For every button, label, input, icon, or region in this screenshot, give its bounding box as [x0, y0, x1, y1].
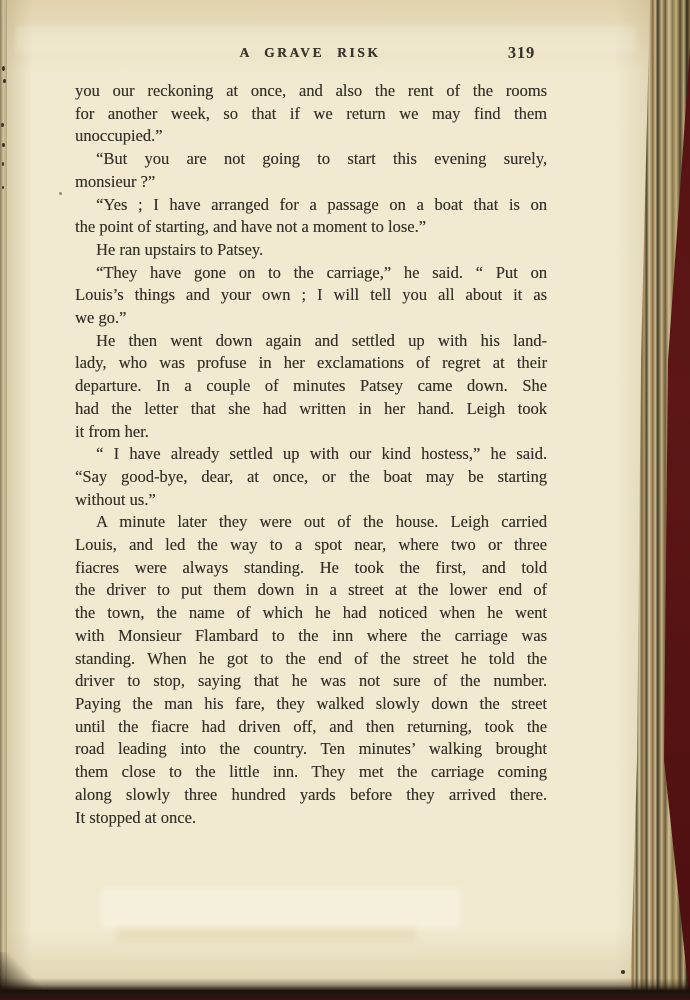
ink-speck: [2, 186, 4, 189]
text-line: had the letter that she had written in h…: [75, 398, 547, 421]
paragraph: “Yes ; I have arranged for a passage on …: [75, 194, 547, 239]
text-line: for another week, so that if we return w…: [75, 103, 547, 126]
ink-speck: [2, 66, 5, 71]
facing-page-edge: [0, 0, 7, 990]
ink-speck: [1, 123, 4, 127]
text-line: driver to stop, saying that he was not s…: [75, 670, 547, 693]
text-line: “They have gone on to the carriage,” he …: [75, 262, 547, 285]
text-line: It stopped at once.: [75, 807, 547, 830]
paragraph: He ran upstairs to Patsey.: [75, 239, 547, 262]
running-head: A GRAVE RISK 319: [75, 45, 545, 67]
text-line: “Say good-bye, dear, at once, or the boa…: [75, 466, 547, 489]
text-line: fiacres were always standing. He took th…: [75, 557, 547, 580]
text-line: the town, the name of which he had notic…: [75, 602, 547, 625]
text-line: it from her.: [75, 421, 547, 444]
text-line: along slowly three hundred yards before …: [75, 784, 547, 807]
paragraph: you our reckoning at once, and also the …: [75, 80, 547, 148]
book-scan-photo: A GRAVE RISK 319 you our reckoning at on…: [0, 0, 690, 1000]
text-line: Louis, and led the way to a spot near, w…: [75, 534, 547, 557]
text-line: He then went down again and settled up w…: [75, 330, 547, 353]
ink-speck: [621, 970, 625, 974]
text-line: “Yes ; I have arranged for a passage on …: [75, 194, 547, 217]
page-number: 319: [508, 43, 535, 63]
text-line: “But you are not going to start this eve…: [75, 148, 547, 171]
text-line: He ran upstairs to Patsey.: [75, 239, 547, 262]
text-line: unoccupied.”: [75, 125, 547, 148]
text-line: “ I have already settled up with our kin…: [75, 443, 547, 466]
text-line: the point of starting, and have not a mo…: [75, 216, 547, 239]
text-line: departure. In a couple of minutes Patsey…: [75, 375, 547, 398]
paragraph: A minute later they were out of the hous…: [75, 511, 547, 829]
chapter-title: A GRAVE RISK: [75, 45, 545, 61]
ink-speck: [59, 192, 62, 195]
text-line: Paying the man his fare, they walked slo…: [75, 693, 547, 716]
paragraph: “They have gone on to the carriage,” he …: [75, 262, 547, 330]
scan-streak: [101, 888, 461, 928]
book-cover-shadow: [0, 978, 690, 1000]
text-line: them close to the little inn. They met t…: [75, 761, 547, 784]
paragraph: “But you are not going to start this eve…: [75, 148, 547, 193]
text-line: with Monsieur Flambard to the inn where …: [75, 625, 547, 648]
ink-speck: [2, 143, 5, 147]
text-line: road leading into the country. Ten minut…: [75, 738, 547, 761]
ink-speck: [3, 79, 6, 83]
text-line: without us.”: [75, 489, 547, 512]
text-line: we go.”: [75, 307, 547, 330]
text-line: until the fiacre had driven off, and the…: [75, 716, 547, 739]
text-line: A minute later they were out of the hous…: [75, 511, 547, 534]
scan-streak: [116, 928, 416, 942]
text-block: you our reckoning at once, and also the …: [75, 80, 547, 829]
text-line: you our reckoning at once, and also the …: [75, 80, 547, 103]
ink-speck: [2, 162, 4, 166]
paragraph: He then went down again and settled up w…: [75, 330, 547, 444]
text-line: standing. When he got to the end of the …: [75, 648, 547, 671]
text-line: Louis’s things and your own ; I will tel…: [75, 284, 547, 307]
text-line: the driver to put them down in a street …: [75, 579, 547, 602]
text-line: lady, who was profuse in her exclamation…: [75, 352, 547, 375]
text-line: monsieur ?”: [75, 171, 547, 194]
paragraph: “ I have already settled up with our kin…: [75, 443, 547, 511]
